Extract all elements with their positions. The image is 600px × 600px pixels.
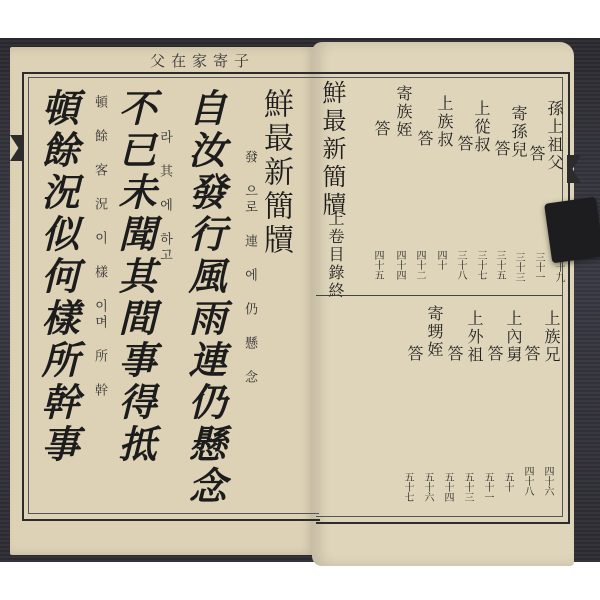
toc-page-number: 五十六 <box>422 472 432 502</box>
toc-entry: 答 <box>403 345 426 363</box>
toc-page-number: 三十五 <box>494 250 504 280</box>
toc-page-number: 四十二 <box>414 250 424 280</box>
toc-entry: 上族叔 <box>433 95 456 149</box>
cursive-column-2: 不已未聞其間事得抵 <box>115 88 153 466</box>
toc-entry: 寄族姪 <box>392 85 415 139</box>
toc-page-number: 三十八 <box>455 250 465 280</box>
toc-page-number: 四十八 <box>522 466 532 496</box>
toc-page-number: 五十 <box>502 472 512 492</box>
toc-entry: 答 <box>453 135 476 153</box>
toc-entry: 上外祖 <box>463 310 486 364</box>
cursive-column-3: 頓餘況似何樣所幹事 <box>38 88 76 466</box>
binder-clip <box>544 197 600 264</box>
toc-page-number: 四十五 <box>372 250 382 280</box>
gloss-column-1: 發 으로 連 에 仍 懸 念 <box>240 150 259 386</box>
toc-page-number: 五十三 <box>462 472 472 502</box>
toc-page-number: 三十三 <box>513 252 523 282</box>
toc-page-number: 三十七 <box>475 250 485 280</box>
toc-divider <box>316 295 563 296</box>
toc-title: 鮮最新簡牘 <box>320 80 344 220</box>
toc-page-number: 四十 <box>435 250 445 270</box>
toc-entry: 答 <box>483 345 506 363</box>
toc-page-number: 三十一 <box>533 252 543 282</box>
toc-page-number: 五十七 <box>402 472 412 502</box>
toc-entry: 答 <box>413 130 436 148</box>
toc-page-number: 四十四 <box>394 250 404 280</box>
toc-entry: 答 <box>370 120 393 138</box>
toc-subtitle: 上卷目錄終 <box>324 210 347 300</box>
toc-entry: 答 <box>443 345 466 363</box>
gloss-column-3: 頓 餘 客 況 이 樣 이며 所 幹 <box>90 95 109 399</box>
running-head: 父在家寄子 <box>150 50 255 71</box>
toc-page-number: 五十四 <box>442 472 452 502</box>
gloss-column-2: 라 其 에 하고 <box>155 130 174 264</box>
toc-entry: 上族兄 <box>540 310 563 364</box>
toc-entry: 寄甥姪 <box>423 305 446 359</box>
toc-entry: 答 <box>490 140 513 158</box>
toc-page-number: 四十六 <box>542 466 552 496</box>
toc-page-number: 五十一 <box>482 472 492 502</box>
letter-title: 鮮最新簡牘 <box>260 88 290 258</box>
cursive-column-1: 自汝發行風雨連仍懸念 <box>185 88 223 508</box>
